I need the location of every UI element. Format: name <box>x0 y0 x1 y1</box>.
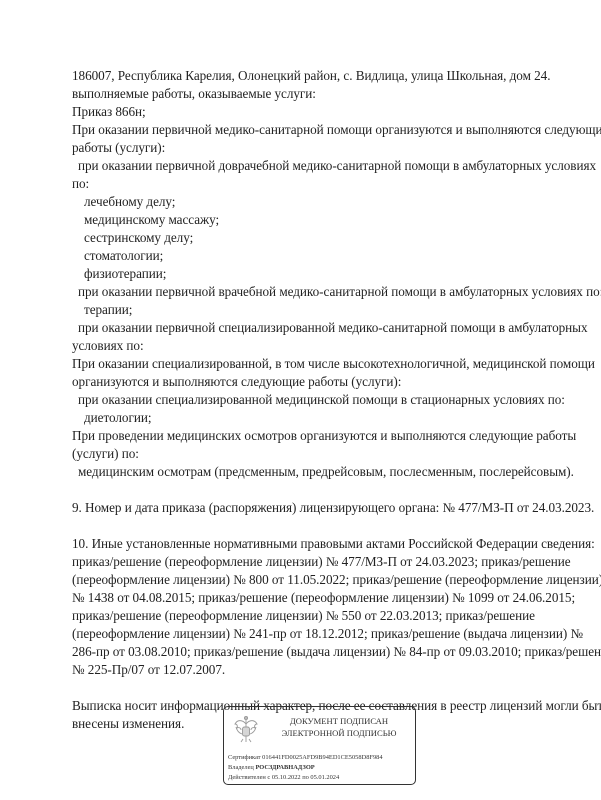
document-line: медицинскому массажу; <box>72 211 542 229</box>
coat-of-arms-icon <box>234 715 258 743</box>
blank-line <box>72 517 542 535</box>
document-line: (услуги) по: <box>72 445 542 463</box>
document-line: сестринскому делу; <box>72 229 542 247</box>
document-line: (переоформление лицензии) № 800 от 11.05… <box>72 571 542 589</box>
document-line: терапии; <box>72 301 542 319</box>
document-line: при оказании первичной доврачебной медик… <box>72 157 542 175</box>
document-line: условиях по: <box>72 337 542 355</box>
blank-line <box>72 481 542 499</box>
document-line: № 1438 от 04.08.2015; приказ/решение (пе… <box>72 589 542 607</box>
document-line: при оказании первичной врачебной медико-… <box>72 283 542 301</box>
document-line: работы (услуги): <box>72 139 542 157</box>
stamp-title-line2: ЭЛЕКТРОННОЙ ПОДПИСЬЮ <box>264 727 414 739</box>
document-line: по: <box>72 175 542 193</box>
blank-line <box>72 679 542 697</box>
document-line: (переоформление лицензии) № 241-пр от 18… <box>72 625 542 643</box>
document-line: при оказании первичной специализированно… <box>72 319 542 337</box>
document-line: № 225-Пр/07 от 12.07.2007. <box>72 661 542 679</box>
document-line: физиотерапии; <box>72 265 542 283</box>
document-line: 9. Номер и дата приказа (распоряжения) л… <box>72 499 542 517</box>
document-line: медицинским осмотрам (предсменным, предр… <box>72 463 542 481</box>
document-line: Приказ 866н; <box>72 103 542 121</box>
electronic-signature-stamp: ДОКУМЕНТ ПОДПИСАН ЭЛЕКТРОННОЙ ПОДПИСЬЮ С… <box>223 706 416 785</box>
document-page: 186007, Республика Карелия, Олонецкий ра… <box>0 0 601 800</box>
document-line: выполняемые работы, оказываемые услуги: <box>72 85 542 103</box>
owner-row: Владелец РОСЗДРАВНАДЗОР <box>228 763 383 773</box>
document-line: при оказании специализированной медицинс… <box>72 391 542 409</box>
document-line: лечебному делу; <box>72 193 542 211</box>
document-body: 186007, Республика Карелия, Олонецкий ра… <box>72 67 542 733</box>
document-line: При проведении медицинских осмотров орга… <box>72 427 542 445</box>
document-line: диетологии; <box>72 409 542 427</box>
document-line: стоматологии; <box>72 247 542 265</box>
document-line: При оказании первичной медико-санитарной… <box>72 121 542 139</box>
document-line: При оказании специализированной, в том ч… <box>72 355 542 373</box>
document-line: приказ/решение (переоформление лицензии)… <box>72 607 542 625</box>
document-line: приказ/решение (переоформление лицензии)… <box>72 553 542 571</box>
stamp-title-line1: ДОКУМЕНТ ПОДПИСАН <box>264 715 414 727</box>
document-line: организуются и выполняются следующие раб… <box>72 373 542 391</box>
validity-row: Действителен с 05.10.2022 по 05.01.2024 <box>228 773 383 783</box>
owner-value: РОСЗДРАВНАДЗОР <box>255 764 314 771</box>
document-line: 10. Иные установленные нормативными прав… <box>72 535 542 553</box>
certificate-label: Сертификат <box>228 754 261 761</box>
certificate-row: Сертификат 016441FD0025AFD9B94ED1CE5058D… <box>228 753 383 763</box>
stamp-info: Сертификат 016441FD0025AFD9B94ED1CE5058D… <box>228 753 383 783</box>
document-line: 286-пр от 03.08.2010; приказ/решение (вы… <box>72 643 542 661</box>
stamp-title: ДОКУМЕНТ ПОДПИСАН ЭЛЕКТРОННОЙ ПОДПИСЬЮ <box>264 715 414 739</box>
document-line: 186007, Республика Карелия, Олонецкий ра… <box>72 67 542 85</box>
owner-label: Владелец <box>228 764 254 771</box>
certificate-value: 016441FD0025AFD9B94ED1CE5058D8F984 <box>262 754 382 761</box>
